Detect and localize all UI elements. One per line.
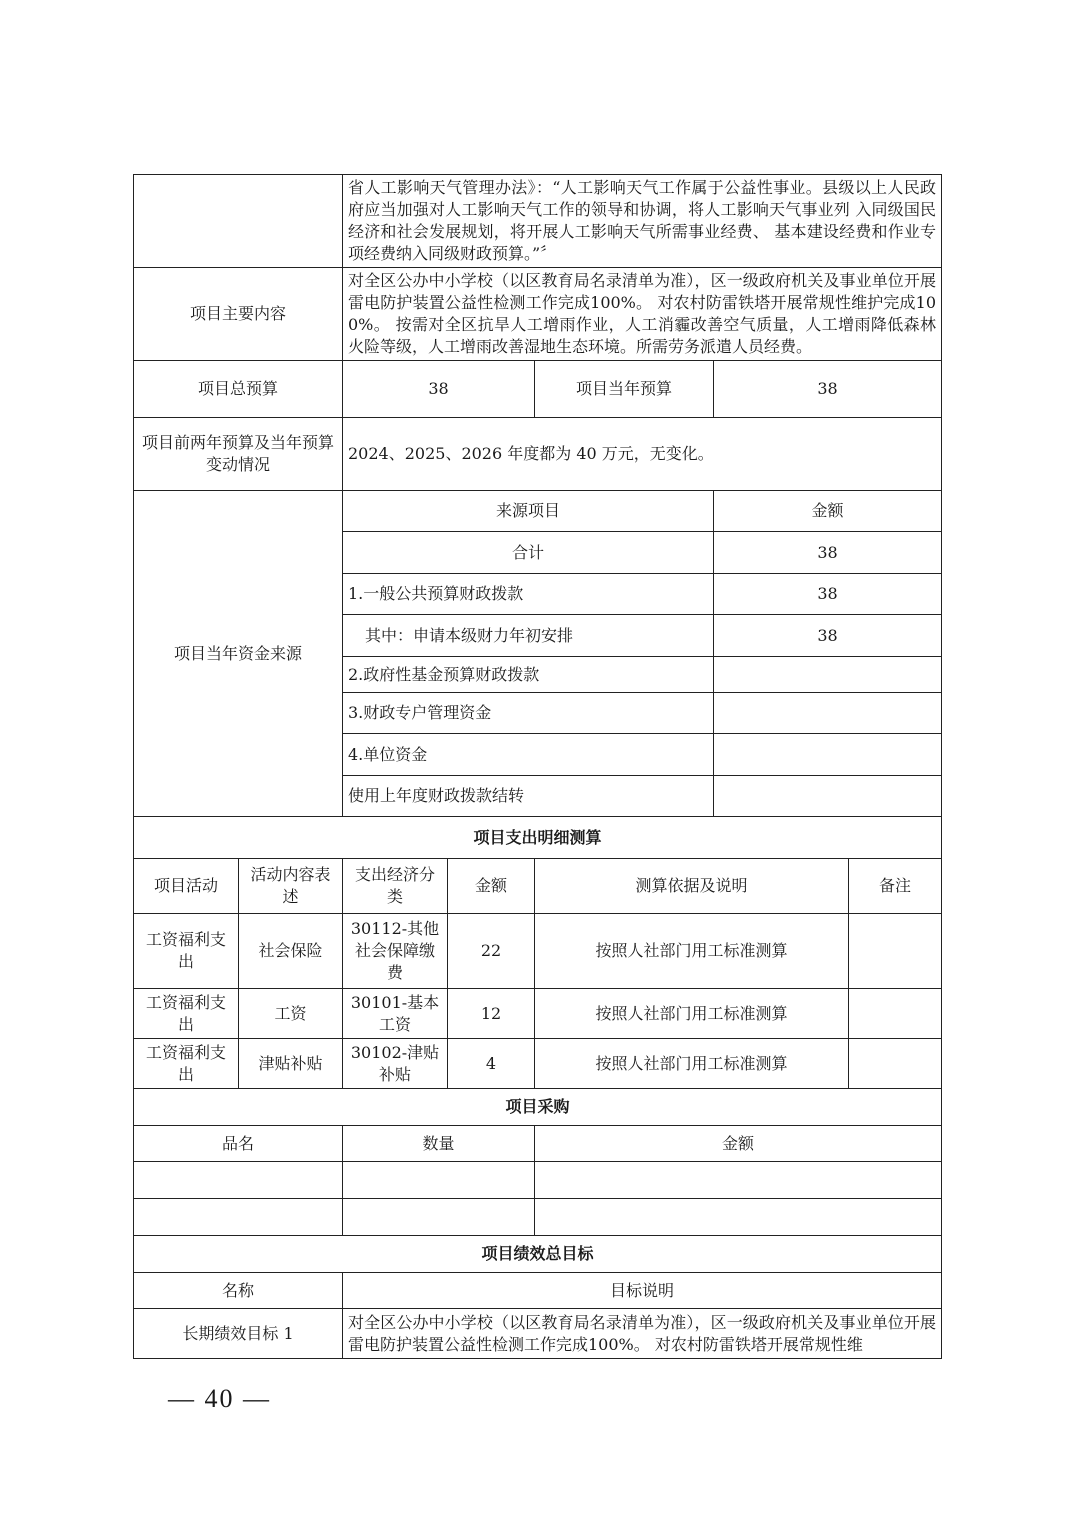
funding-source: 合计 (343, 532, 714, 574)
budget-document-page: 省人工影响天气管理办法》：“人工影响天气工作属于公益性事业。县级以上人民政府应当… (133, 174, 941, 1359)
total-budget-label: 项目总预算 (134, 361, 343, 418)
procurement-amount (535, 1199, 942, 1236)
performance-name: 长期绩效目标 1 (134, 1309, 343, 1359)
expense-header-row: 项目活动 活动内容表述 支出经济分类 金额 测算依据及说明 备注 (134, 859, 942, 914)
expense-category: 30101-基本工资 (343, 989, 448, 1039)
performance-row: 长期绩效目标 1 对全区公办中小学校（以区教育局名录清单为准），区一级政府机关及… (134, 1309, 942, 1359)
procurement-title-row: 项目采购 (134, 1089, 942, 1126)
expense-basis: 按照人社部门用工标准测算 (535, 989, 849, 1039)
main-content-label: 项目主要内容 (134, 268, 343, 361)
total-budget-value: 38 (343, 361, 535, 418)
procurement-qty (343, 1199, 535, 1236)
procurement-name (134, 1162, 343, 1199)
budget-change-text: 2024、2025、2026 年度都为 40 万元，无变化。 (343, 418, 942, 491)
expense-row: 工资福利支出 社会保险 30112-其他社会保障缴费 22 按照人社部门用工标准… (134, 914, 942, 989)
funding-amount (714, 693, 942, 734)
expense-header-content: 活动内容表述 (239, 859, 343, 914)
funding-label: 项目当年资金来源 (134, 491, 343, 817)
expense-activity: 工资福利支出 (134, 1039, 239, 1089)
project-budget-table: 省人工影响天气管理办法》：“人工影响天气工作属于公益性事业。县级以上人民政府应当… (133, 174, 942, 1359)
budget-change-row: 项目前两年预算及当年预算变动情况 2024、2025、2026 年度都为 40 … (134, 418, 942, 491)
main-content-text: 对全区公办中小学校（以区教育局名录清单为准），区一级政府机关及事业单位开展雷电防… (343, 268, 942, 361)
expense-amount: 12 (448, 989, 535, 1039)
expense-remark (849, 989, 942, 1039)
expense-detail-title-row: 项目支出明细测算 (134, 817, 942, 859)
expense-header-activity: 项目活动 (134, 859, 239, 914)
funding-source: 4.单位资金 (343, 734, 714, 776)
procurement-header-name: 品名 (134, 1126, 343, 1162)
funding-amount (714, 657, 942, 693)
expense-content: 工资 (239, 989, 343, 1039)
expense-amount: 4 (448, 1039, 535, 1089)
expense-amount: 22 (448, 914, 535, 989)
expense-header-basis: 测算依据及说明 (535, 859, 849, 914)
expense-header-amount: 金额 (448, 859, 535, 914)
main-content-row: 项目主要内容 对全区公办中小学校（以区教育局名录清单为准），区一级政府机关及事业… (134, 268, 942, 361)
procurement-header-amount: 金额 (535, 1126, 942, 1162)
expense-activity: 工资福利支出 (134, 989, 239, 1039)
performance-header-name: 名称 (134, 1273, 343, 1309)
performance-desc: 对全区公办中小学校（以区教育局名录清单为准），区一级政府机关及事业单位开展雷电防… (343, 1309, 942, 1359)
policy-basis-label (134, 175, 343, 268)
funding-amount: 38 (714, 615, 942, 657)
budget-change-label: 项目前两年预算及当年预算变动情况 (134, 418, 343, 491)
expense-detail-title: 项目支出明细测算 (134, 817, 942, 859)
expense-basis: 按照人社部门用工标准测算 (535, 914, 849, 989)
performance-title: 项目绩效总目标 (134, 1236, 942, 1273)
page-number: — 40 — (168, 1384, 271, 1414)
policy-basis-text: 省人工影响天气管理办法》：“人工影响天气工作属于公益性事业。县级以上人民政府应当… (343, 175, 942, 268)
budget-row: 项目总预算 38 项目当年预算 38 (134, 361, 942, 418)
funding-amount: 38 (714, 532, 942, 574)
funding-source: 3.财政专户管理资金 (343, 693, 714, 734)
funding-source: 2.政府性基金预算财政拨款 (343, 657, 714, 693)
expense-remark (849, 1039, 942, 1089)
performance-title-row: 项目绩效总目标 (134, 1236, 942, 1273)
funding-amount (714, 734, 942, 776)
procurement-name (134, 1199, 343, 1236)
expense-header-category: 支出经济分类 (343, 859, 448, 914)
current-budget-label: 项目当年预算 (535, 361, 714, 418)
funding-source-header: 来源项目 (343, 491, 714, 532)
performance-header-desc: 目标说明 (343, 1273, 942, 1309)
funding-source: 使用上年度财政拨款结转 (343, 776, 714, 817)
performance-header-row: 名称 目标说明 (134, 1273, 942, 1309)
funding-amount-header: 金额 (714, 491, 942, 532)
procurement-title: 项目采购 (134, 1089, 942, 1126)
expense-remark (849, 914, 942, 989)
expense-row: 工资福利支出 工资 30101-基本工资 12 按照人社部门用工标准测算 (134, 989, 942, 1039)
procurement-header-row: 品名 数量 金额 (134, 1126, 942, 1162)
expense-row: 工资福利支出 津贴补贴 30102-津贴补贴 4 按照人社部门用工标准测算 (134, 1039, 942, 1089)
funding-source: 其中：申请本级财力年初安排 (343, 615, 714, 657)
expense-category: 30112-其他社会保障缴费 (343, 914, 448, 989)
current-budget-value: 38 (714, 361, 942, 418)
funding-amount: 38 (714, 574, 942, 615)
expense-header-remark: 备注 (849, 859, 942, 914)
funding-source: 1.一般公共预算财政拨款 (343, 574, 714, 615)
procurement-amount (535, 1162, 942, 1199)
funding-header-row: 项目当年资金来源 来源项目 金额 (134, 491, 942, 532)
expense-content: 社会保险 (239, 914, 343, 989)
policy-basis-row: 省人工影响天气管理办法》：“人工影响天气工作属于公益性事业。县级以上人民政府应当… (134, 175, 942, 268)
procurement-row (134, 1162, 942, 1199)
procurement-header-qty: 数量 (343, 1126, 535, 1162)
procurement-qty (343, 1162, 535, 1199)
funding-amount (714, 776, 942, 817)
expense-activity: 工资福利支出 (134, 914, 239, 989)
expense-category: 30102-津贴补贴 (343, 1039, 448, 1089)
expense-basis: 按照人社部门用工标准测算 (535, 1039, 849, 1089)
expense-content: 津贴补贴 (239, 1039, 343, 1089)
procurement-row (134, 1199, 942, 1236)
